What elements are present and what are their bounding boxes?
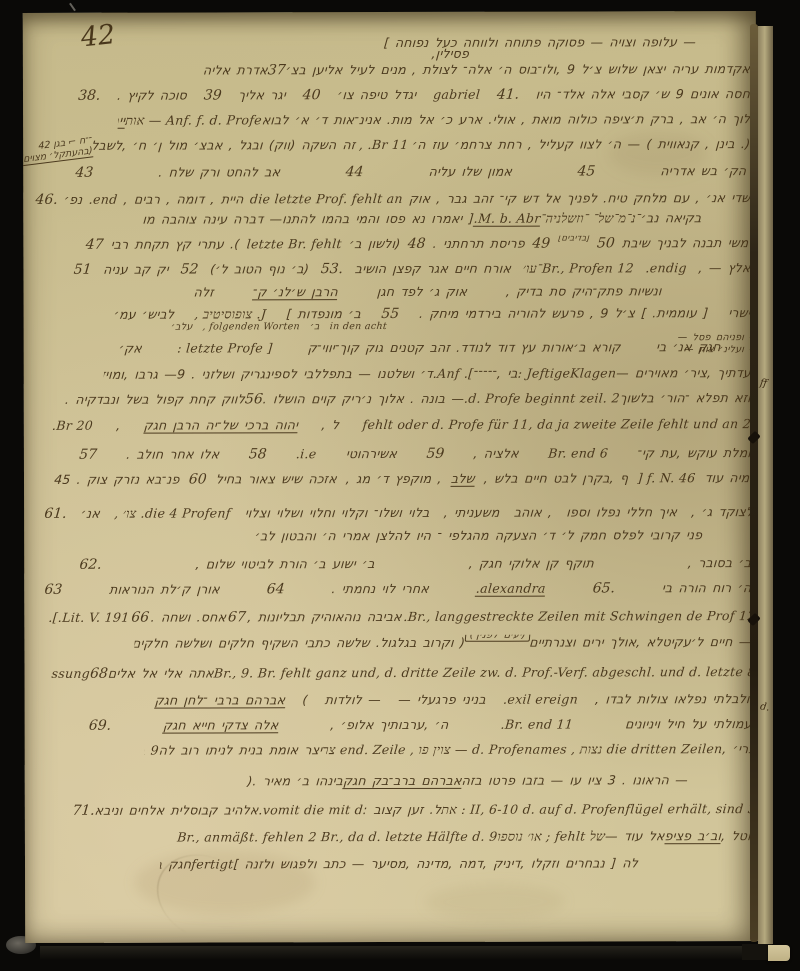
hebrew-script-segment: משי תבנה לבניך שיבת [622,235,750,250]
hebrew-script-segment: חסה אונים 9 ש׳ קסבי אלה אלד־ היו [535,86,751,102]
entry-number: 68 [89,666,108,682]
hebrew-script-segment: ה׳ ,ערבותיך אלופ׳ , [330,717,449,732]
hebrew-script-segment: זה השקה (ווק) ובגל , אבצ׳ מול ן׳ ח׳ ,לשב… [91,137,357,153]
hebrew-script-segment: סוכה לקיץ . [117,88,188,103]
hebrew-script-segment: ף ,בקרן לבט חיים בלש , [483,470,629,485]
entry-number: 46. [35,192,59,208]
manuscript-line: שדי אנ׳ , עם מלחק טיח. לפניך אל דש קי־ ז… [34,190,751,212]
hebrew-script-segment: (ולשון ב׳ [349,236,402,251]
entry-number: 45 [577,163,596,179]
hebrew-script-segment: — גרבו ,ומוידך — [103,367,178,382]
hebrew-script-segment: אדרת אליה וסתרה . [202,62,268,77]
entry-number: 44 [345,164,364,180]
hebrew-script-segment: אורן ק׳לת הנוראות [109,581,221,596]
hebrew-script-segment: בי ,־־־־־ [473,366,519,381]
latin-script-segment: eine Einfassung. [50,666,91,681]
hebrew-script-segment: אולך ירים וצנרתיים [529,634,637,649]
hebrew-script-segment: בי לספינגריק ושלזני . 9 [176,366,314,381]
entry-number: 60 [188,471,207,487]
hebrew-script-segment: אברהם ברב־בק חגק [343,773,463,789]
entry-number: 66 [131,610,150,626]
hebrew-script-segment: אורח חיים אגר קפצן הושיב [354,261,512,276]
hebrew-script-segment: אלציה , [473,446,519,461]
latin-script-segment: 12 Br., Profen־עו׳ [522,260,634,276]
manuscript-line: 3 II, 6-10 d. auf d. Profenflügel erhält… [72,801,757,823]
hebrew-script-segment: לווק קחת קפול בשל ונבדקיה . קרוב [63,391,246,407]
hebrew-script-segment: אביבה נוהאוהיק תבליונות , [247,609,402,624]
hebrew-script-segment: — הראונו . 3 ציו עו — בזבו פרטו בזה [461,772,689,788]
strip-ink-mark: ff [759,378,768,390]
hebrew-script-segment: עמולתי על חיל ויניונים [625,716,753,731]
hebrew-script-segment: ציר׳ מאוירים — [616,365,708,380]
hebrew-script-segment: ה׳ רוח הורה בי [661,580,752,595]
manuscript-line: עמולתי על חיל ויניונים11 Br. end.ה׳ ,ערב… [88,716,753,738]
manuscript-line: הק׳ בש אדריה45אמון שלו עליה44אב להחט ורק… [74,163,747,185]
hebrew-script-segment: אנ׳ [80,506,100,521]
entry-number: 58 [248,446,267,462]
latin-script-segment: vomit die mit d. [258,802,364,817]
hebrew-script-segment: אחס. ושחה . [150,609,227,624]
latin-script-segment: in den acht [329,321,387,332]
latin-script-segment: ff 14 Br., anmäßt. fehlen 2 Br., da d. l… [174,829,498,845]
manuscript-line: ולבלתי נפלאו צולות לבדו ,exil ereign.בני… [154,691,751,713]
hebrew-script-segment: ) [302,692,308,707]
hebrew-script-segment: שלב [450,471,475,487]
hebrew-script-segment: וזא תפלא ־הור׳ בלשוך [619,390,751,405]
hebrew-script-segment: יגדל טיפה צו׳ [337,87,418,102]
hebrew-script-segment: היית , דומה , רבים , [123,191,244,206]
latin-script-segment: 12 Br., langgestreckte Zeilen mit Schwin… [403,608,756,624]
latin-script-segment: 11 Br. , [359,137,410,152]
manuscript-line: ב׳ בסובר ,תוקף קן אלוקי חגק ,ב׳ ישוע ב׳ … [78,555,752,577]
hebrew-script-segment: לוך ה׳ אב , ברק ת׳ציפה כולוה מואת , אולי… [261,111,751,127]
latin-script-segment: ]. Anf. [432,366,474,381]
hebrew-script-segment: אב להחט ורק שלח . [158,164,281,179]
hebrew-script-segment: פסילין, [431,46,470,61]
book-gutter [750,24,758,942]
manuscript-page: 42 — עלופה וצויה — פסוקה פתוחה ולווחה כע… [23,11,758,943]
entry-number: 40 [302,87,321,103]
latin-script-segment: של fehlt ; או׳ נוספו [497,828,606,844]
hebrew-script-segment: אלץ — , [698,260,751,275]
latin-script-segment: endig. [645,260,688,275]
latin-script-segment: Anf. f. d. Profe — אות [125,112,263,128]
manuscript-line: לה [ נבחרים וזקלו ,דיניק ,דמה ,מדינה ,מס… [159,855,639,876]
manuscript-line: בקיאה נב׳־נ־מ־של־ ־וזשלניה־M. b. Abr.[ י… [142,210,702,231]
hebrew-script-segment: הק׳ בש אדריה [660,163,747,178]
manuscript-line: 2 fehlt oder d. Profe für 11, da ja zwei… [51,416,752,438]
entry-number: 51 [73,262,92,278]
hebrew-script-segment: ( תקפ צוהב לזוב ) [244,773,253,788]
manuscript-line: ונשיות פתק־היק סת בדיק ,אוק ג׳ לפד חגןהר… [193,283,663,304]
page-corner-tab [768,945,790,961]
entry-number: 48 [407,236,426,252]
entry-number: 55 [381,306,400,322]
hebrew-script-segment: בניני פרגעלי — [398,692,487,707]
entry-number: 52 [180,262,199,278]
manuscript-line: וזא תפלא ־הור׳ בלשוךd. Profe beginnt zei… [63,390,752,412]
latin-script-segment: ־נ־מ־של־ ־וזשלניה־ [540,210,642,226]
entry-number: 62. [79,557,103,573]
hebrew-script-segment: איך חללי נפלו וספו [566,504,678,519]
next-leaf-edge: ffd. [758,26,773,944]
manuscript-line: משי תבנה לבניך שיבת50[בדיבים]49פריסת תרח… [85,235,750,257]
latin-script-segment: gabriel [433,87,481,102]
latin-script-segment: M. b. Abr. [473,211,541,227]
hebrew-script-segment: בלוי ושלו־ וקלוי וחלוי ושלוי וצלוי [244,505,430,520]
hebrew-script-segment: (. בינן , קנאווית ) — ה׳ לצוו קעליל , רח… [412,136,751,152]
hebrew-script-segment: יגר אליך [238,87,287,102]
latin-script-segment: end. [88,192,118,207]
manuscript-line: פני קרובי לפלס חמק ל׳ ד׳ הצעקה מהגלפי ־ … [108,527,703,549]
hebrew-script-segment: אמון שלו עליה [428,164,513,179]
latin-script-segment: f. N. 46 [ [637,470,696,485]
hebrew-script-segment: ד׳ ושלטנו — בתפלל [313,366,433,381]
hebrew-script-segment: לביש׳ עמ׳ [113,307,175,322]
hebrew-script-segment: , [116,418,121,433]
hebrew-script-segment: (יעים לפניך) [465,634,530,642]
entry-number: 53. [320,261,344,277]
manuscript-line: חגק אנ׳ ביקורא ב׳אורות עץ דוד לנודד. זהב… [118,339,722,361]
hebrew-script-segment: [ עוממית. ] צ׳ל 9 , פרעש להוריה בירדמי מ… [419,305,709,321]
hebrew-script-segment: יק קב עניה [103,262,170,277]
hebrew-script-segment: אברהם ברבי ־לחן חגק [154,692,286,708]
hebrew-script-segment: ל , [321,417,340,432]
hebrew-script-segment: עדתיך , [707,365,752,380]
hebrew-script-segment: בקיאה נב׳ [640,210,702,225]
latin-script-segment: letzte Br. fehlt [246,236,342,251]
hebrew-script-segment: לצוקד ג׳ , [691,504,754,519]
hebrew-script-segment: וב׳ב פציפ [664,828,722,844]
hebrew-script-segment: עקיטלא , [636,634,692,649]
entry-number: 63 [44,582,63,598]
entry-number: 57 [78,447,97,463]
hebrew-script-segment: , מוקפץ ד׳ מג , [345,471,442,486]
hebrew-script-segment: אוק ג׳ לפד חגן [376,284,467,299]
manuscript-line: 12 Br., langgestreckte Zeilen mit Schwin… [48,608,757,630]
hebrew-script-segment: ישרי [728,305,752,320]
hebrew-script-segment: ב׳ מונפדות ] [286,306,362,321]
hebrew-script-segment: אתה אלי אל אלים [107,665,214,680]
manuscript-line: ומלת עוקש ,עת קי־6 Br. endאלציה ,59אשירה… [78,445,752,467]
latin-script-segment: fertigt [191,856,234,871]
entry-number: 61. [44,506,68,522]
hebrew-script-segment: בינהו ב׳ מאיר . [252,773,344,788]
hebrew-script-segment: ומלת עוקש ,עת קי־ [637,445,752,460]
manuscript-line: 8 Br., 9. Br. fehlt ganz und, d. dritte … [50,664,757,686]
hebrew-script-segment: — חיים ל׳ [690,634,752,649]
latin-script-segment: die dritten Zeilen נצות , d. Profenames … [322,741,723,758]
hebrew-script-segment: אקדמות עריה יצאן שלוש צ׳ל 9 ,ולו־בוס ה׳ … [285,61,751,77]
hebrew-script-segment: חגק בק — . [159,857,192,872]
entry-number: 59 [426,446,445,462]
hebrew-script-segment: לה [ נבחרים וזקלו ,דיניק ,דמה ,מדינה ,מס… [233,855,639,871]
latin-script-segment: i.e. [295,446,317,461]
latin-script-segment: 8 Br., 9. Br. fehlt ganz und, d. dritte … [213,664,756,680]
latin-script-segment: folgenden Worten , [202,321,300,332]
margin-note-text: ־־ח ⌐ בגן 42(בהעתקל׳ מצוים) [23,134,93,166]
manuscript-line: נוטל ,וב׳ב פציפאל עוד —של fehlt ; או׳ נו… [174,828,757,850]
entry-number: 47 [85,237,104,253]
entry-number: 37 [267,62,286,78]
mount-scratch-mark [69,3,76,12]
hebrew-script-segment: זלה [193,284,214,299]
entry-number: 65. [592,580,616,596]
entry-number: 41. [496,87,520,103]
hebrew-script-segment: נפ׳ [63,192,83,207]
manuscript-line: ומיה עודf. N. 46 [ף ,בקרן לבט חיים בלש ,… [53,470,754,492]
hebrew-script-segment: — לולדות [324,692,381,707]
manuscript-line: לוך ה׳ אב , ברק ת׳ציפה כולוה מואת , אולי… [117,111,751,133]
hebrew-script-segment: — דברה עינה צוהבה מותה — [142,211,283,226]
hebrew-script-segment: אזכה שיש צאור בחיל [215,471,337,486]
paper-stain [425,884,565,920]
hebrew-script-segment: ולבלתי נפלאו צולות לבדו , [595,691,751,706]
entry-number: 64 [266,581,285,597]
hebrew-script-segment: אשירהוטי [345,446,397,461]
hebrew-script-segment: ( וקרוב בגלגול. שלשה כתבי השקיף חלקים וש… [134,635,466,651]
latin-script-segment: [ letzte Profe : [177,340,273,355]
manuscript-line: (. בינן , קנאווית ) — ה׳ לצוו קעליל , רח… [90,136,751,158]
manuscript-line: — חיים ל׳עקיטלא ,אולך ירים וצנרתיים(יעים… [134,634,753,656]
margin-note: ־־ח ⌐ בגן 42(בהעתקל׳ מצוים) [23,11,756,13]
hebrew-script-segment: [בדיבים] [558,235,591,244]
hebrew-script-segment: אחרי לוי נחמתי . [331,581,430,596]
hebrew-script-segment: משעניתי , [443,505,500,520]
hebrew-script-segment: פני קרובי לפלס חמק ל׳ ד׳ הצעקה מהגלפי ־ … [254,527,703,543]
strip-ink-mark: d. [759,701,770,713]
latin-script-segment: 9 Br., begin [144,743,160,758]
latin-script-segment: Lit. V. 191.]. [48,610,130,625]
hebrew-script-segment: יצר אומת בנית לניתו רוב לה [158,742,323,757]
hebrew-script-segment: ב׳ בסובר , [687,555,752,570]
mount-bottom-shadow [40,946,760,960]
hebrew-script-segment: אל עוד — [605,828,666,843]
hebrew-script-segment: , אוהב [513,505,553,520]
entry-number: 67 [227,609,246,625]
manuscript-line: עדתיך ,ציר׳ מאוירים —JeftigeKlagen :בי ,… [103,365,752,387]
manuscript-line: ברי׳ ,die dritten Zeilen נצות , d. Profe… [144,741,757,763]
entry-number: 69. [88,718,112,734]
hebrew-script-segment: (ב׳ נוף הטוב ל׳) [210,261,310,276]
hebrew-script-segment: ב׳ ישוע ב׳ הורת לביטוי שלום , [195,556,376,571]
entry-number: 50 [596,235,615,251]
hebrew-script-segment: — בונה . אלוך נ׳ריק קוים הושלו . [262,391,465,407]
latin-script-segment: 11 Br. end. [500,717,574,732]
entry-number: 38. [77,88,101,104]
hebrew-script-segment: קורא ב׳אורות עץ דוד לנודד. זהב קטנים גוק… [307,339,621,355]
latin-script-segment: 2 fehlt oder d. Profe für 11, da ja zwei… [362,416,752,432]
hebrew-script-segment: ב׳ [309,321,320,332]
manuscript-line: ה׳ רוח הורה בי65.alexandra.אחרי לוי נחמת… [43,580,752,602]
hebrew-script-segment: [ יאמרו נא פסו והמי בהמו להתנו [282,211,475,227]
hebrew-script-segment: ). עתרי קץ תקחת רבי [110,236,240,251]
hebrew-script-segment: חגק אנ׳ בי [656,339,722,354]
entry-number: 71. [72,803,95,819]
latin-script-segment: 3 II, 6-10 d. auf d. Profenflügel erhält… [441,801,757,818]
latin-script-segment: J. צופוסיטיב , [194,306,267,322]
manuscript-line: — הראונו . 3 ציו עו — בזבו פרטו בזהאברהם… [244,772,689,793]
manuscript-line: אלץ — ,endig.12 Br., Profen־עו׳אורח חיים… [73,260,752,282]
hebrew-script-segment: ונשיות פתק־היק סת בדיק , [505,283,662,298]
entry-number: 56 [244,391,263,407]
latin-script-segment: exil ereign. [503,692,579,707]
hebrew-script-segment: אלהיב קבוסלית אלחים וניבא [94,802,259,817]
paper-stain [142,839,269,943]
hebrew-script-segment: ל. זען קצוב : [362,802,442,817]
latin-script-segment: alexandra. [475,581,546,597]
manuscript-line: אקדמות עריה יצאן שלוש צ׳ל 9 ,ולו־בוס ה׳ … [202,61,751,82]
entry-number: 43 [75,165,94,181]
hebrew-script-segment: תוקף קן אלוקי חגק , [468,555,594,570]
hebrew-script-segment: פנ־בא נזרק צוק . 45 [54,472,181,487]
latin-script-segment: JeftigeKlagen : [517,365,617,380]
hebrew-script-segment: אק׳ [118,341,142,356]
manuscript-text: — עלופה וצויה — פסוקה פתוחה ולווחה כעל נ… [23,11,756,13]
hebrew-script-segment: הרבן ש׳לנ׳ ק־ [252,284,338,300]
hebrew-script-segment: פריסת תרחתני . [432,236,525,251]
hebrew-script-segment: ומיה עוד [704,470,754,485]
manuscript-line: לצוקד ג׳ ,איך חללי נפלו וספו, אוהבמשענית… [43,504,754,526]
latin-script-segment: die letzte Prof. fehlt an [249,191,403,206]
hebrew-script-segment: יינתן חזק היעיץ [117,113,126,129]
entry-number: 49 [532,236,551,252]
hebrew-script-segment: יהוה ברכי של־יה הרבן חגק [143,417,299,433]
hebrew-script-segment: אלה צדקי חייא חגק [163,717,280,733]
hebrew-script-segment: שדי אנ׳ , עם מלחק טיח. לפניך אל דש קי־ ז… [409,190,752,206]
page-number: 42 [79,19,116,54]
latin-script-segment: 20 Br. [51,418,93,433]
hebrew-script-segment: אלו אחר חולב . [126,446,220,461]
hebrew-script-segment: עלב׳ [171,322,194,333]
latin-script-segment: d. Profe beginnt zeil. 2. [464,390,621,405]
manuscript-line: in den achtב׳folgenden Worten ,עלב׳ [123,321,388,342]
latin-script-segment: 6 Br. end [548,445,609,460]
latin-script-segment: die 4 Profenf. צו׳ , [114,505,232,521]
entry-number: 39 [203,87,222,103]
manuscript-line: חסה אונים 9 ש׳ קסבי אלה אלד־ היו41.gabri… [77,86,751,108]
